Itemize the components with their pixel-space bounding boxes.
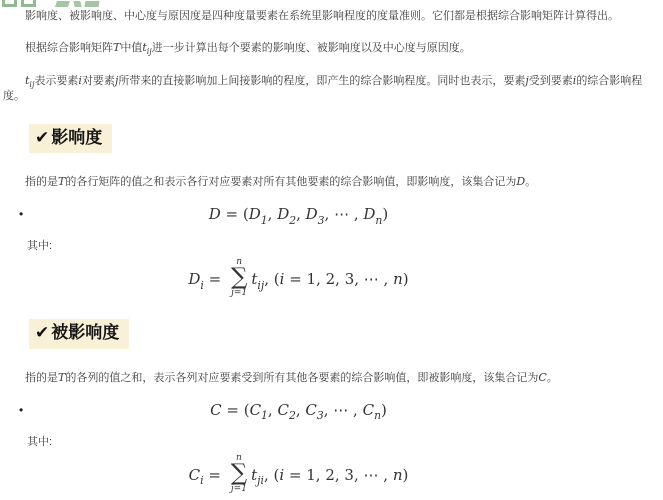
influence-description: 指的是T的各行矩阵的值之和表示各行对应要素对所有其他要素的综合影响值，即影响度，… bbox=[0, 174, 663, 190]
text-run: = bbox=[204, 466, 226, 484]
text-run: C bbox=[538, 371, 546, 384]
text-run: D bbox=[516, 175, 525, 188]
text-run: C bbox=[363, 401, 374, 419]
text-run: ij bbox=[29, 80, 34, 89]
text-run: = ( bbox=[222, 401, 250, 419]
check-icon: ✔ bbox=[35, 323, 49, 342]
text-run: 进一步计算出每个要素的影响度、被影响度以及中心度与原因度。 bbox=[152, 42, 471, 54]
text-run: 1 bbox=[261, 409, 268, 422]
text-run: 受到要素 bbox=[529, 75, 573, 87]
text-run: 3 bbox=[318, 214, 325, 227]
text-run: ) bbox=[402, 466, 408, 484]
text-run: 指的是 bbox=[25, 176, 58, 188]
logo-stroke bbox=[21, 0, 36, 7]
summation-symbol: n∑j=1 bbox=[231, 454, 247, 494]
text-run: 3 bbox=[317, 409, 324, 422]
cutoff-green-logo bbox=[0, 0, 110, 9]
text-run: D bbox=[209, 205, 221, 223]
text-run: = 1, 2, 3, ⋯ , bbox=[284, 270, 393, 288]
text-run: ij bbox=[257, 279, 264, 292]
text-run: n bbox=[374, 409, 381, 422]
text-run: 1 bbox=[261, 214, 268, 227]
logo-stroke bbox=[73, 1, 81, 7]
text-run: D bbox=[249, 205, 261, 223]
text-run: D bbox=[363, 205, 375, 223]
text-run: , bbox=[296, 401, 306, 419]
formula-row-d-set: • D = (D1, D2, D3, ⋯ , Dn) bbox=[0, 205, 663, 223]
sum-bottom: j=1 bbox=[231, 289, 247, 298]
text-run: , bbox=[268, 205, 278, 223]
text-run: 。 bbox=[525, 176, 536, 188]
formula-c-set: C = (C1, C2, C3, ⋯ , Cn) bbox=[29, 401, 568, 419]
text-run: , ( bbox=[264, 270, 279, 288]
document-page: 影响度、被影响度、中心度与原因度是四种度量要素在系统里影响程度的度量准则。它们都… bbox=[0, 0, 663, 500]
text-run: ji bbox=[257, 474, 264, 487]
text-run: D bbox=[306, 205, 318, 223]
text-run: , ⋯ , bbox=[325, 205, 364, 223]
heading-label: 被影响度 bbox=[51, 323, 119, 342]
logo-stroke bbox=[55, 1, 70, 7]
text-run: 的各列的值之和，表示各列对应要素受到所有其他各要素的综合影响值，即被影响度，该集… bbox=[65, 372, 538, 384]
text-run: , ( bbox=[264, 466, 279, 484]
text-run: C bbox=[210, 401, 221, 419]
section-heading-influenced: ✔被影响度 bbox=[29, 319, 129, 348]
text-run: 所带来的直接影响加上间接影响的程度，即产生的综合影响程度。同时也表示，要素 bbox=[118, 75, 525, 87]
bullet-marker: • bbox=[19, 208, 29, 220]
formula-row-c-sum: Ci = n∑j=1tji, (i = 1, 2, 3, ⋯ , n) bbox=[0, 456, 663, 496]
where-label: 其中: bbox=[27, 237, 663, 253]
text-run: D bbox=[277, 205, 289, 223]
where-label: 其中: bbox=[27, 433, 663, 449]
text-run: , ⋯ , bbox=[324, 401, 363, 419]
text-run: C bbox=[305, 401, 316, 419]
text-run: i bbox=[200, 474, 203, 487]
sum-sigma: ∑ bbox=[231, 267, 247, 289]
text-run: , bbox=[296, 205, 306, 223]
text-run: = ( bbox=[221, 205, 249, 223]
intro-paragraph-3: tij表示要素i对要素j所带来的直接影响加上间接影响的程度，即产生的综合影响程度… bbox=[0, 73, 663, 105]
text-run: n bbox=[393, 270, 403, 288]
section-influence-degree: ✔影响度 指的是T的各行矩阵的值之和表示各行对应要素对所有其他要素的综合影响值，… bbox=[0, 105, 663, 301]
text-run: 2 bbox=[289, 214, 296, 227]
text-run: D bbox=[188, 270, 200, 288]
text-run: = bbox=[204, 270, 226, 288]
text-run: 根据综合影响矩阵 bbox=[25, 42, 113, 54]
bullet-marker: • bbox=[19, 404, 29, 416]
influenced-description: 指的是T的各列的值之和，表示各列对应要素受到所有其他各要素的综合影响值，即被影响… bbox=[0, 370, 663, 386]
sum-sigma: ∑ bbox=[231, 463, 247, 485]
formula-row-d-sum: Di = n∑j=1tij, (i = 1, 2, 3, ⋯ , n) bbox=[0, 260, 663, 300]
text-run: 对要素 bbox=[82, 75, 115, 87]
text-run: 的各行矩阵的值之和表示各行对应要素对所有其他要素的综合影响值，即影响度，该集合记… bbox=[65, 176, 516, 188]
text-run: 指的是 bbox=[25, 372, 58, 384]
text-run: C bbox=[277, 401, 288, 419]
text-run: 中值 bbox=[120, 42, 142, 54]
formula-d-sum: Di = n∑j=1tij, (i = 1, 2, 3, ⋯ , n) bbox=[29, 260, 568, 300]
text-run: = 1, 2, 3, ⋯ , bbox=[284, 466, 393, 484]
text-run: 影响度、被影响度、中心度与原因度是四种度量要素在系统里影响程度的度量准则。它们都… bbox=[25, 10, 619, 22]
intro-paragraph-2: 根据综合影响矩阵T中值tij进一步计算出每个要素的影响度、被影响度以及中心度与原… bbox=[0, 40, 663, 56]
section-heading-influence: ✔影响度 bbox=[29, 124, 112, 153]
text-run: i bbox=[200, 279, 203, 292]
formula-row-c-set: • C = (C1, C2, C3, ⋯ , Cn) bbox=[0, 401, 663, 419]
check-icon: ✔ bbox=[35, 128, 49, 147]
intro-paragraph-1: 影响度、被影响度、中心度与原因度是四种度量要素在系统里影响程度的度量准则。它们都… bbox=[0, 9, 663, 24]
text-run: ) bbox=[403, 270, 409, 288]
summation-symbol: n∑j=1 bbox=[231, 258, 247, 298]
text-run: C bbox=[189, 466, 200, 484]
section-influenced-degree: ✔被影响度 指的是T的各列的值之和，表示各列对应要素受到所有其他各要素的综合影响… bbox=[0, 300, 663, 496]
text-run: ij bbox=[147, 47, 152, 56]
text-run: 表示要素 bbox=[34, 75, 78, 87]
text-run: ) bbox=[382, 205, 388, 223]
text-run: 2 bbox=[289, 409, 296, 422]
formula-c-sum: Ci = n∑j=1tji, (i = 1, 2, 3, ⋯ , n) bbox=[29, 456, 568, 496]
text-run: 。 bbox=[547, 372, 558, 384]
heading-label: 影响度 bbox=[51, 128, 102, 147]
text-run: n bbox=[375, 214, 382, 227]
text-run: C bbox=[250, 401, 261, 419]
formula-d-set: D = (D1, D2, D3, ⋯ , Dn) bbox=[29, 205, 568, 223]
text-run: ) bbox=[381, 401, 387, 419]
logo-stroke bbox=[84, 1, 99, 7]
sum-bottom: j=1 bbox=[231, 485, 247, 494]
logo-stroke bbox=[2, 0, 17, 7]
